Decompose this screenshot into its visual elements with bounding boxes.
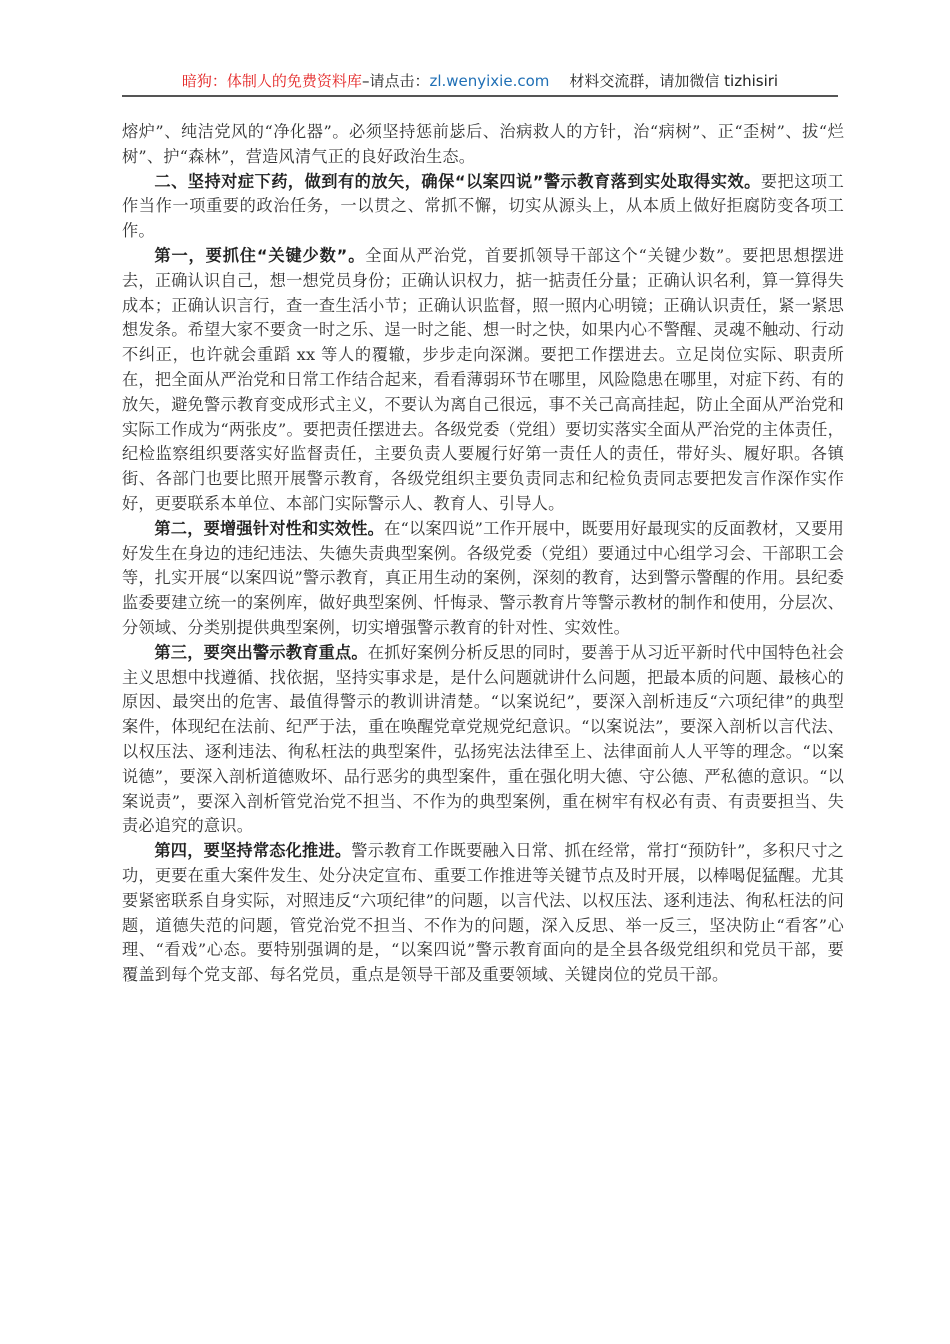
point-heading: 第一，要抓住“关键少数”。 [154, 246, 365, 265]
document-body: 熔炉”、纯洁党风的“净化器”。必须坚持惩前毖后、治病救人的方针，治“病树”、正“… [122, 120, 844, 988]
paragraph-text: 熔炉”、纯洁党风的“净化器”。必须坚持惩前毖后、治病救人的方针，治“病树”、正“… [122, 122, 844, 166]
point-heading: 第二，要增强针对性和实效性。 [154, 519, 384, 538]
point-heading: 第三，要突出警示教育重点。 [154, 643, 367, 662]
paragraph-section-two: 二、坚持对症下药，做到有的放矢，确保“以案四说”警示教育落到实处取得实效。要把这… [122, 170, 844, 244]
paragraph-point-one: 第一，要抓住“关键少数”。全面从严治党，首要抓领导干部这个“关键少数”。要把思想… [122, 244, 844, 517]
paragraph-text: 警示教育工作既要融入日常、抓在经常，常打“预防针”，多积尺寸之功，更要在重大案件… [122, 841, 844, 984]
header-link[interactable]: zl.wenyixie.com [429, 72, 549, 90]
paragraph-continuation: 熔炉”、纯洁党风的“净化器”。必须坚持惩前毖后、治病救人的方针，治“病树”、正“… [122, 120, 844, 170]
page-header: 暗狗：体制人的免费资料库–请点击：zl.wenyixie.com材料交流群，请加… [122, 68, 838, 94]
paragraph-text: 在抓好案例分析反思的同时，要善于从习近平新时代中国特色社会主义思想中找遵循、找依… [122, 643, 844, 836]
paragraph-point-four: 第四，要坚持常态化推进。警示教育工作既要融入日常、抓在经常，常打“预防针”，多积… [122, 839, 844, 988]
header-brand: 暗狗：体制人的免费资料库 [182, 72, 362, 90]
paragraph-text: 全面从严治党，首要抓领导干部这个“关键少数”。要把思想摆进去，正确认识自己，想一… [122, 246, 844, 513]
point-heading: 第四，要坚持常态化推进。 [154, 841, 351, 860]
paragraph-point-three: 第三，要突出警示教育重点。在抓好案例分析反思的同时，要善于从习近平新时代中国特色… [122, 641, 844, 839]
paragraph-point-two: 第二，要增强针对性和实效性。在“以案四说”工作开展中，既要用好最现实的反面教材，… [122, 517, 844, 641]
section-heading: 二、坚持对症下药，做到有的放矢，确保“以案四说”警示教育落到实处取得实效。 [154, 172, 760, 191]
header-prompt: –请点击： [362, 72, 430, 90]
header-contact: 材料交流群，请加微信 tizhisiri [569, 72, 778, 90]
header-divider [122, 95, 838, 97]
